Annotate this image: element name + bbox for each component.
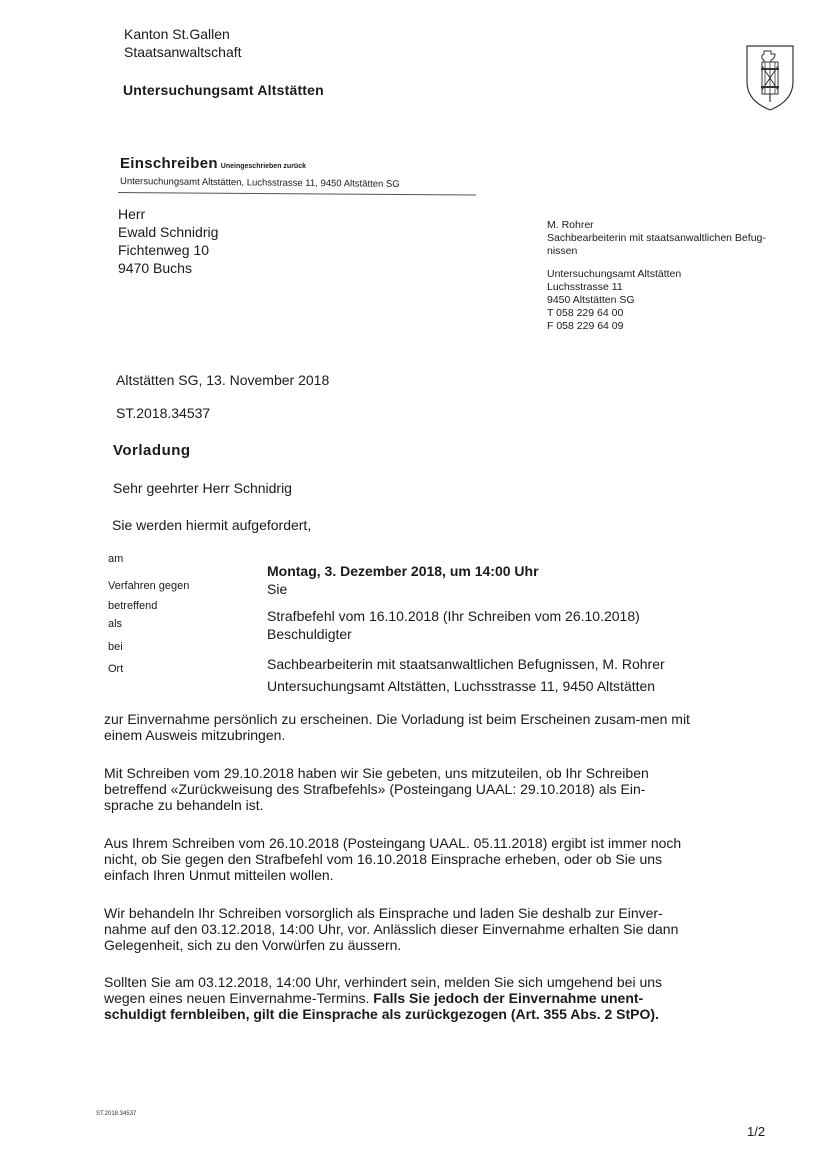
detail-label-location: Ort [108,663,123,675]
st-gallen-coat-of-arms-icon [744,42,796,112]
detail-label-subject: betreffend [108,600,157,612]
detail-value-date: Montag, 3. Dezember 2018, um 14:00 Uhr [267,563,539,579]
department-name: Untersuchungsamt Altstätten [123,82,324,98]
intro-sentence: Sie werden hiermit aufgefordert, [112,517,311,533]
letter-date: Altstätten SG, 13. November 2018 [116,372,329,388]
registered-mail-title: Einschreiben [120,155,218,172]
contact-role-line1: Sachbearbeiterin mit staatsanwaltlichen … [547,232,766,245]
contact-office: Untersuchungsamt Altstätten [547,268,766,281]
recipient-street: Fichtenweg 10 [118,241,218,259]
recipient-city: 9470 Buchs [118,259,218,277]
paragraph-text: zur Einvernahme persönlich zu erscheinen… [104,711,694,743]
detail-value-role: Beschuldigter [267,626,352,642]
paragraph-text: Mit Schreiben vom 29.10.2018 haben wir S… [104,765,694,813]
contact-name: M. Rohrer [547,219,766,232]
contact-phone: T 058 229 64 00 [547,307,766,320]
sender-return-address: Untersuchungsamt Altstätten, Luchsstrass… [120,176,400,190]
detail-label-proceeding: Verfahren gegen [108,580,189,592]
page-number: 1/2 [747,1124,765,1139]
paragraph-previous-letter: Mit Schreiben vom 29.10.2018 haben wir S… [104,765,694,813]
contact-city: 9450 Altstätten SG [547,294,766,307]
canton-name: Kanton St.Gallen [124,25,230,43]
detail-label-officer: bei [108,641,123,653]
registered-mail-label: EinschreibenUneingeschrieben zurück [120,155,306,173]
recipient-salutation: Herr [118,205,218,223]
detail-value-location: Untersuchungsamt Altstätten, Luchsstrass… [267,678,655,694]
document-title: Vorladung [113,442,191,459]
detail-value-subject: Strafbefehl vom 16.10.2018 (Ihr Schreibe… [267,608,640,624]
paragraph-text: Aus Ihrem Schreiben vom 26.10.2018 (Post… [104,835,694,883]
case-reference: ST.2018.34537 [116,405,210,421]
footer-reference: ST.2018.34537 [96,1111,136,1117]
sender-divider [118,192,476,195]
recipient-address: Herr Ewald Schnidrig Fichtenweg 10 9470 … [118,205,218,277]
detail-label-date: am [108,553,123,565]
contact-fax: F 058 229 64 09 [547,320,766,333]
contact-block: M. Rohrer Sachbearbeiterin mit staatsanw… [547,219,766,333]
contact-role-line2: nissen [547,245,766,258]
paragraph-summons-reason: Wir behandeln Ihr Schreiben vorsorglich … [104,905,694,953]
detail-value-officer: Sachbearbeiterin mit staatsanwaltlichen … [267,656,665,672]
greeting: Sehr geehrter Herr Schnidrig [113,480,292,496]
paragraph-text: Wir behandeln Ihr Schreiben vorsorglich … [104,905,694,953]
authority-name: Staatsanwaltschaft [124,43,242,61]
contact-street: Luchsstrasse 11 [547,281,766,294]
detail-label-role: als [108,618,122,630]
paragraph-absence-warning: Sollten Sie am 03.12.2018, 14:00 Uhr, ve… [104,974,694,1022]
paragraph-unclear-objection: Aus Ihrem Schreiben vom 26.10.2018 (Post… [104,835,694,883]
recipient-name: Ewald Schnidrig [118,223,218,241]
paragraph-appearance: zur Einvernahme persönlich zu erscheinen… [104,711,694,743]
detail-value-proceeding: Sie [267,581,287,597]
registered-mail-note: Uneingeschrieben zurück [221,163,306,170]
